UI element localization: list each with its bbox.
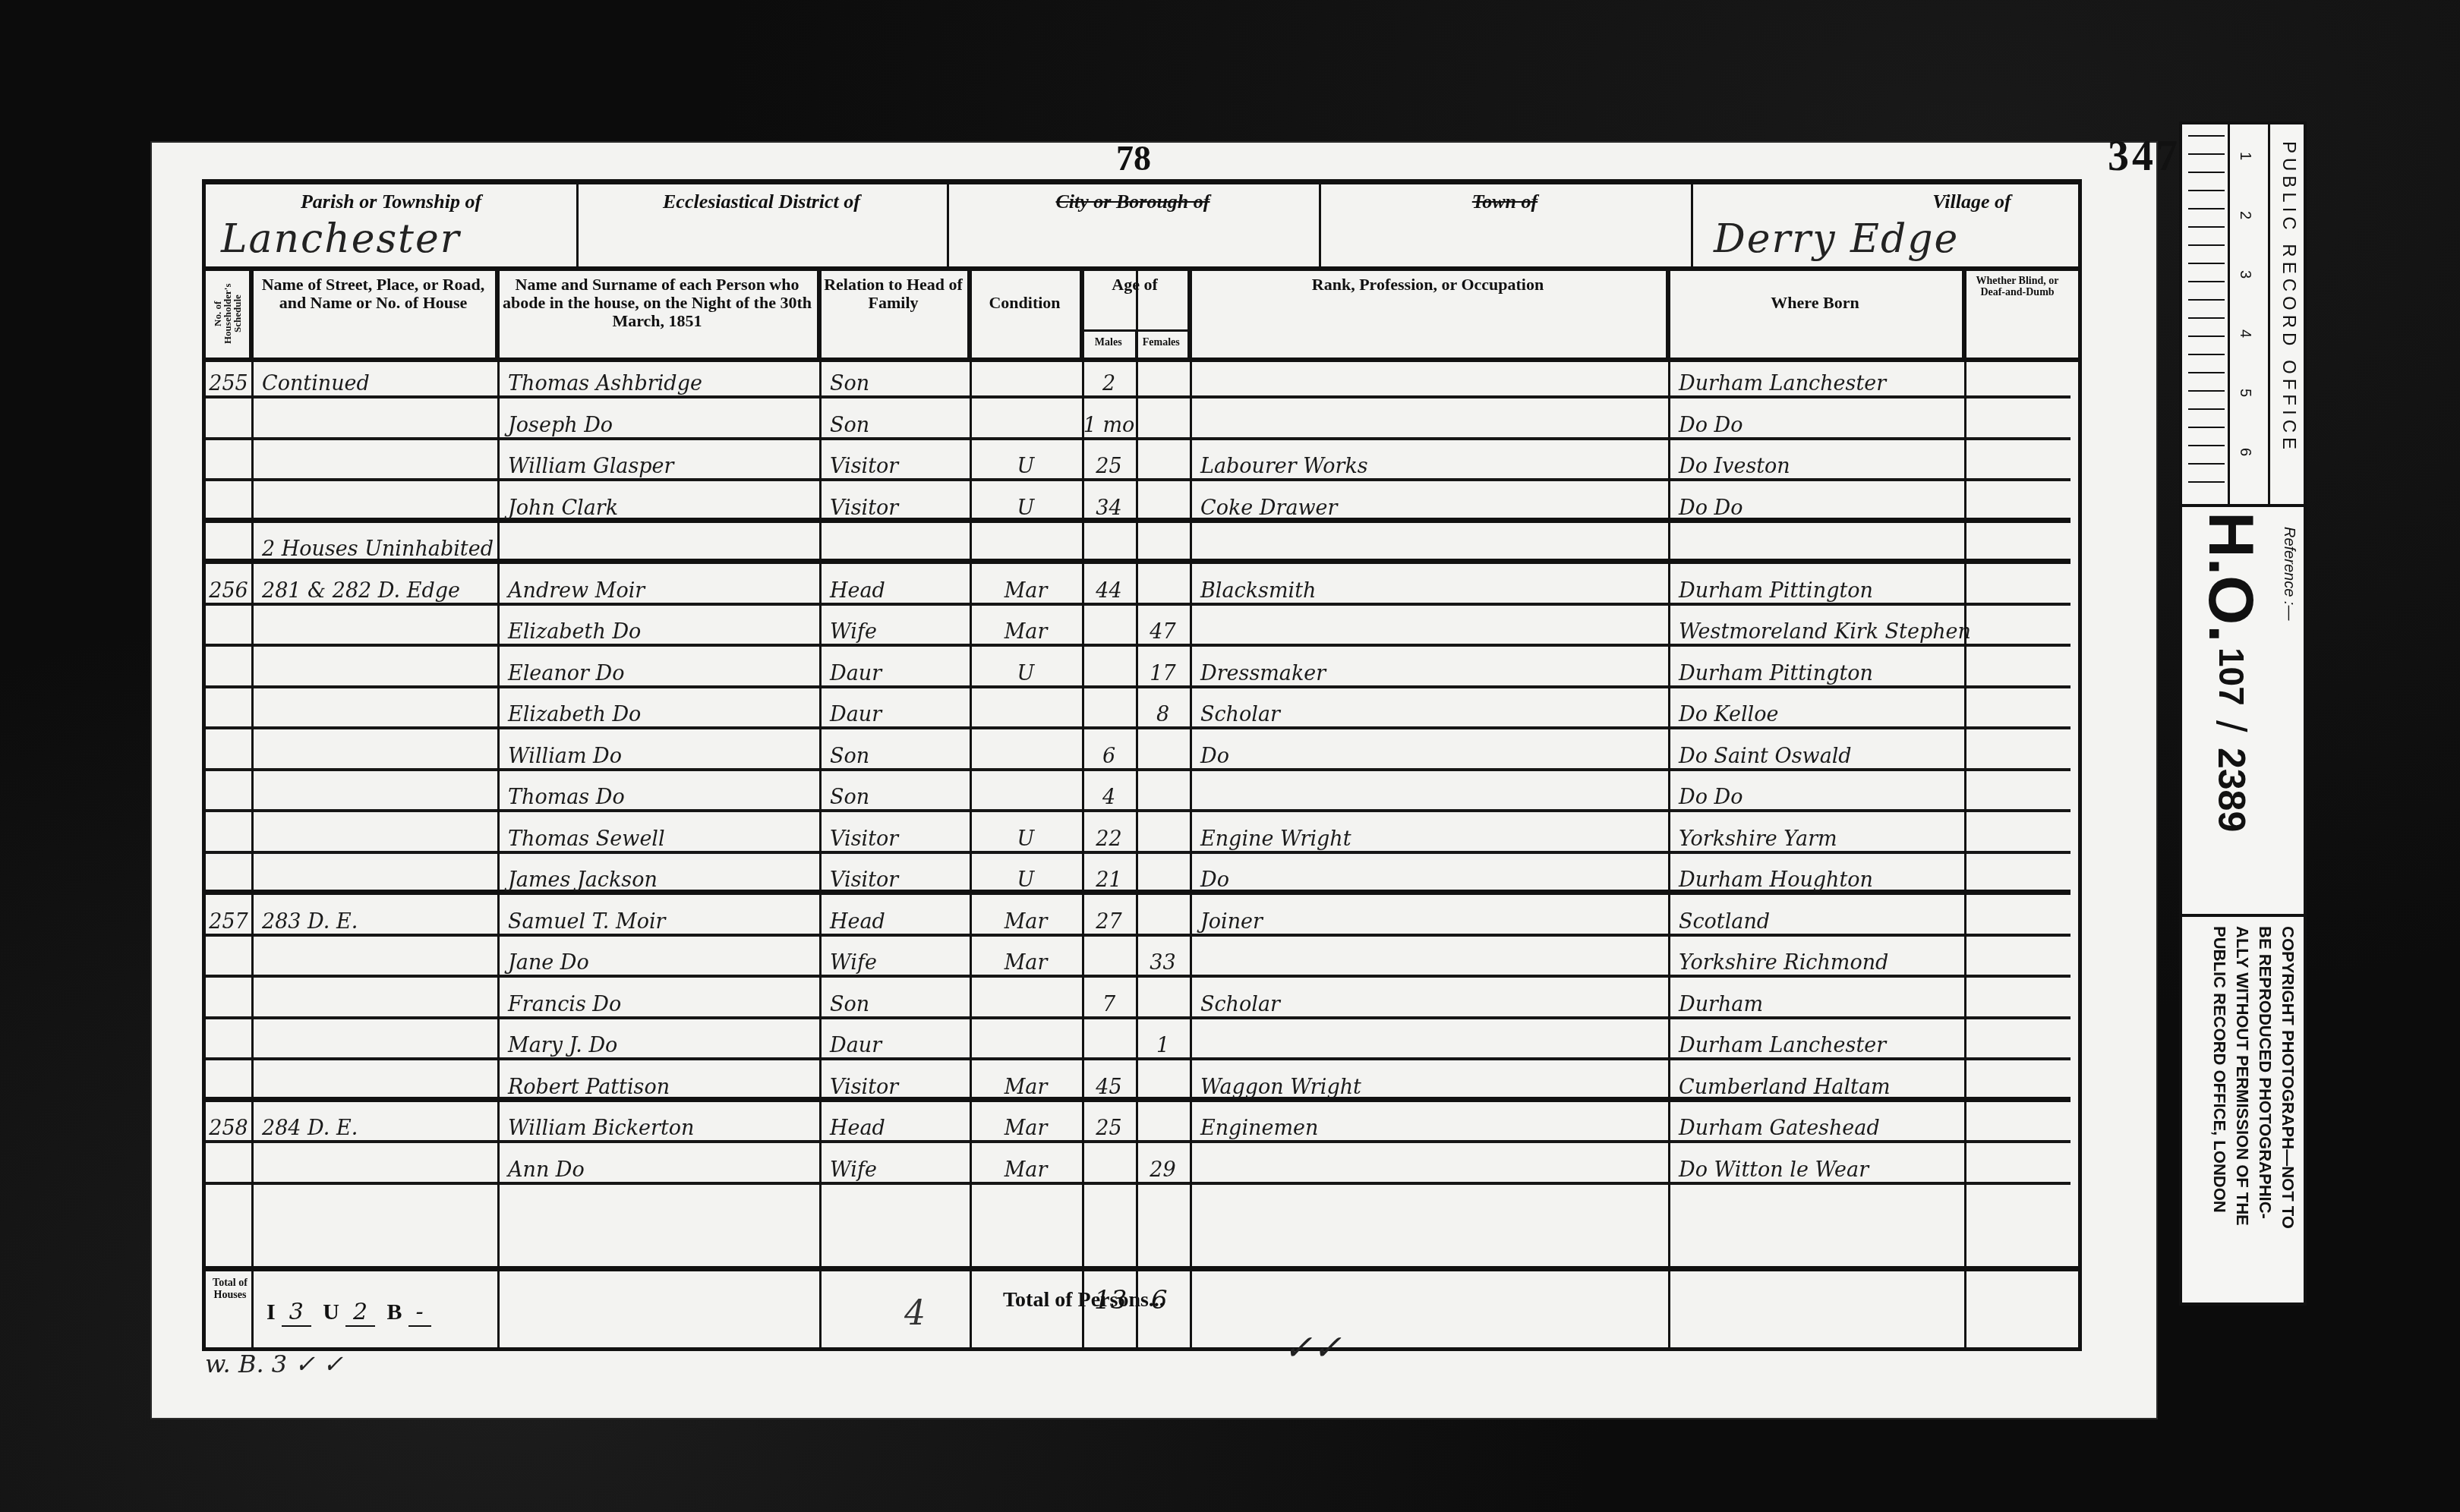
ruler-label: 5 [2236, 389, 2253, 397]
copyright-notice: COPYRIGHT PHOTOGRAPH—NOT TO BE REPRODUCE… [2182, 914, 2304, 1306]
cell-male-age: 34 [1082, 496, 1136, 523]
cell-birthplace: Do Witton le Wear [1668, 1158, 1964, 1185]
cell-female-age [1136, 1116, 1190, 1143]
col-birthplace: Where Born [1668, 271, 1964, 358]
cell-occupation [1190, 537, 1668, 564]
reference-number: H.O.107/2389 [2194, 512, 2268, 832]
cell-condition: Mar [970, 909, 1082, 937]
rule [1668, 271, 1670, 1347]
cell-schedule: 257 [206, 909, 251, 937]
cell-blind [1964, 371, 2070, 398]
cell-female-age [1136, 454, 1190, 481]
cell-blind [1964, 413, 2070, 440]
cell-condition [970, 785, 1082, 812]
cell-female-age [1136, 909, 1190, 937]
cell-blind [1964, 1075, 2070, 1102]
cell-occupation: Do [1190, 868, 1668, 895]
cell-condition: Mar [970, 1075, 1082, 1102]
table-row: Thomas SewellVisitorU22Engine WrightYork… [206, 827, 2078, 854]
col-occupation: Rank, Profession, or Occupation [1190, 271, 1668, 358]
cell-male-age: 22 [1082, 827, 1136, 854]
cell-blind [1964, 619, 2070, 647]
cell-birthplace: Do Iveston [1668, 454, 1964, 481]
cell-blind [1964, 992, 2070, 1019]
schedules-count: 4 [904, 1294, 926, 1333]
cell-relation: Wife [819, 1158, 970, 1185]
table-row: Elizabeth DoDaur8ScholarDo Kelloe [206, 702, 2078, 729]
cell-street: 283 D. E. [251, 909, 497, 937]
cell-street: 284 D. E. [251, 1116, 497, 1143]
cell-occupation: Waggon Wright [1190, 1075, 1668, 1102]
cell-name: William Do [497, 744, 819, 771]
cell-street [251, 868, 497, 895]
cell-condition [970, 371, 1082, 398]
region-label: City or Borough of [947, 191, 1319, 213]
cell-relation: Visitor [819, 1075, 970, 1102]
cell-schedule [206, 1158, 251, 1185]
cell-male-age: 7 [1082, 992, 1136, 1019]
cell-male-age: 4 [1082, 785, 1136, 812]
cell-relation: Visitor [819, 454, 970, 481]
margin-annotation: w. B. 3 ✓ ✓ [205, 1350, 343, 1378]
cell-blind [1964, 1033, 2070, 1060]
cell-birthplace: Durham [1668, 992, 1964, 1019]
cell-name: Eleanor Do [497, 661, 819, 688]
cell-name: Robert Pattison [497, 1075, 819, 1102]
cell-name: Thomas Ashbridge [497, 371, 819, 398]
cell-blind [1964, 827, 2070, 854]
cell-blind [1964, 1116, 2070, 1143]
cell-occupation [1190, 619, 1668, 647]
cell-female-age: 33 [1136, 950, 1190, 978]
cell-blind [1964, 1158, 2070, 1185]
cell-occupation [1190, 785, 1668, 812]
cell-occupation: Enginemen [1190, 1116, 1668, 1143]
cell-name: William Bickerton [497, 1116, 819, 1143]
table-row: John ClarkVisitorU34Coke DrawerDo Do [206, 496, 2078, 523]
census-form: Parish or Township of Lanchester Ecclesi… [202, 179, 2082, 1351]
cell-street [251, 1158, 497, 1185]
cell-blind [1964, 909, 2070, 937]
cell-female-age: 8 [1136, 702, 1190, 729]
cell-schedule [206, 496, 251, 523]
cell-female-age: 29 [1136, 1158, 1190, 1185]
cell-relation: Visitor [819, 827, 970, 854]
cell-condition: U [970, 661, 1082, 688]
cell-street [251, 1033, 497, 1060]
cell-schedule [206, 1033, 251, 1060]
pro-title: PUBLIC RECORD OFFICE [2278, 141, 2299, 454]
cell-male-age [1082, 1158, 1136, 1185]
cell-street: Continued [251, 371, 497, 398]
cell-blind [1964, 537, 2070, 564]
cell-birthplace: Cumberland Haltam [1668, 1075, 1964, 1102]
cell-relation: Son [819, 744, 970, 771]
cell-female-age [1136, 992, 1190, 1019]
cell-occupation: Do [1190, 744, 1668, 771]
cell-male-age [1082, 1033, 1136, 1060]
cell-schedule [206, 785, 251, 812]
cell-condition: U [970, 868, 1082, 895]
cell-male-age [1082, 950, 1136, 978]
cell-occupation: Blacksmith [1190, 578, 1668, 606]
cell-female-age [1136, 744, 1190, 771]
cell-schedule [206, 454, 251, 481]
cell-birthplace: Durham Gateshead [1668, 1116, 1964, 1143]
house-totals: I3 U2 B- [266, 1299, 437, 1325]
table-row: William DoSon6DoDo Saint Oswald [206, 744, 2078, 771]
cell-name: Andrew Moir [497, 578, 819, 606]
cell-name: Ann Do [497, 1158, 819, 1185]
col-relation: Relation to Head of Family [819, 271, 970, 358]
cell-name: Thomas Sewell [497, 827, 819, 854]
table-row: 256281 & 282 D. EdgeAndrew MoirHeadMar44… [206, 578, 2078, 606]
cell-schedule [206, 868, 251, 895]
cell-schedule [206, 661, 251, 688]
public-record-office-label: 123456 PUBLIC RECORD OFFICE Reference :—… [2179, 121, 2307, 1306]
cell-schedule [206, 702, 251, 729]
cell-male-age [1082, 661, 1136, 688]
cell-relation [819, 537, 970, 564]
col-condition: Condition [970, 271, 1082, 358]
age-males-label: Males [1082, 329, 1137, 358]
cell-street [251, 827, 497, 854]
region-city: City or Borough of [947, 184, 1321, 266]
cell-schedule [206, 537, 251, 564]
cell-schedule: 255 [206, 371, 251, 398]
cell-name [497, 537, 819, 564]
cell-relation: Wife [819, 950, 970, 978]
cell-schedule [206, 744, 251, 771]
cell-name: John Clark [497, 496, 819, 523]
cell-blind [1964, 496, 2070, 523]
cell-birthplace: Durham Lanchester [1668, 371, 1964, 398]
cell-occupation [1190, 1158, 1668, 1185]
table-row: Francis DoSon7ScholarDurham [206, 992, 2078, 1019]
col-schedule: No. of Householder's Schedule [206, 271, 251, 358]
table-row: Thomas DoSon4Do Do [206, 785, 2078, 812]
reference-label: Reference :— [2280, 527, 2298, 620]
col-street: Name of Street, Place, or Road, and Name… [251, 271, 497, 358]
cell-male-age: 21 [1082, 868, 1136, 895]
cell-schedule [206, 827, 251, 854]
cell-male-age: 1 mo [1082, 413, 1136, 440]
cell-condition: U [970, 454, 1082, 481]
rule [1082, 271, 1084, 1347]
cell-relation: Daur [819, 1033, 970, 1060]
cell-blind [1964, 868, 2070, 895]
cell-male-age: 25 [1082, 454, 1136, 481]
cell-condition [970, 744, 1082, 771]
cell-occupation: Scholar [1190, 702, 1668, 729]
cell-name: Thomas Do [497, 785, 819, 812]
cell-name: Joseph Do [497, 413, 819, 440]
inhabited-count: 3 [282, 1299, 311, 1327]
cell-street [251, 619, 497, 647]
region-label: Parish or Township of [206, 191, 576, 213]
table-row: 2 Houses Uninhabited [206, 537, 2078, 564]
ruler-label: 1 [2236, 152, 2253, 160]
cell-birthplace [1668, 537, 1964, 564]
cell-male-age: 25 [1082, 1116, 1136, 1143]
cell-street [251, 950, 497, 978]
cell-male-age: 2 [1082, 371, 1136, 398]
cell-female-age [1136, 371, 1190, 398]
cell-name: Mary J. Do [497, 1033, 819, 1060]
table-row: Eleanor DoDaurU17DressmakerDurham Pittin… [206, 661, 2078, 688]
table-row: Mary J. DoDaur1Durham Lanchester [206, 1033, 2078, 1060]
cell-birthplace: Yorkshire Yarm [1668, 827, 1964, 854]
census-page: 78 347 Parish or Township of Lanchester … [152, 143, 2156, 1418]
rule [819, 271, 822, 1347]
cell-schedule [206, 413, 251, 440]
folio-number-right: 347 [2108, 132, 2181, 181]
cell-name: James Jackson [497, 868, 819, 895]
region-town: Town of [1319, 184, 1693, 266]
cell-blind [1964, 661, 2070, 688]
cell-name: Elizabeth Do [497, 619, 819, 647]
cell-relation: Son [819, 785, 970, 812]
cell-female-age [1136, 827, 1190, 854]
table-row: Jane DoWifeMar33Yorkshire Richmond [206, 950, 2078, 978]
ruler-label: 3 [2236, 270, 2253, 279]
col-blind-deaf: Whether Blind, or Deaf-and-Dumb [1964, 271, 2070, 358]
cell-birthplace: Durham Pittington [1668, 578, 1964, 606]
rule [251, 271, 254, 1347]
cell-relation: Son [819, 371, 970, 398]
region-value: Lanchester [221, 216, 461, 262]
cell-relation: Daur [819, 702, 970, 729]
cell-birthplace: Do Do [1668, 785, 1964, 812]
cell-blind [1964, 744, 2070, 771]
cell-relation: Wife [819, 619, 970, 647]
cell-birthplace: Durham Houghton [1668, 868, 1964, 895]
cell-occupation [1190, 1033, 1668, 1060]
cell-blind [1964, 785, 2070, 812]
cell-condition [970, 413, 1082, 440]
cell-street [251, 1075, 497, 1102]
cell-female-age [1136, 496, 1190, 523]
cell-schedule [206, 619, 251, 647]
cell-condition: Mar [970, 578, 1082, 606]
table-row: Joseph DoSon1 moDo Do [206, 413, 2078, 440]
cm-scale: 123456 [2228, 124, 2270, 504]
ruler-label: 4 [2236, 329, 2253, 338]
region-village: Village of Derry Edge [1691, 184, 2070, 266]
cell-name: William Glasper [497, 454, 819, 481]
tick-marks: ✓✓ [1283, 1327, 1342, 1368]
cell-schedule: 258 [206, 1116, 251, 1143]
cell-male-age: 6 [1082, 744, 1136, 771]
cell-condition: Mar [970, 1116, 1082, 1143]
cell-condition [970, 702, 1082, 729]
cell-blind [1964, 950, 2070, 978]
cell-street: 281 & 282 D. Edge [251, 578, 497, 606]
cell-occupation [1190, 371, 1668, 398]
cell-blind [1964, 702, 2070, 729]
cell-female-age: 17 [1136, 661, 1190, 688]
rule [970, 271, 972, 1347]
total-females: 6 [1151, 1285, 1168, 1315]
cell-birthplace: Do Kelloe [1668, 702, 1964, 729]
cell-condition [970, 992, 1082, 1019]
cell-relation: Visitor [819, 496, 970, 523]
cell-condition: U [970, 827, 1082, 854]
cell-street [251, 413, 497, 440]
ruler-ticks [2188, 135, 2225, 492]
cell-schedule [206, 1075, 251, 1102]
rule [1190, 271, 1192, 1347]
cell-relation: Son [819, 413, 970, 440]
cell-female-age [1136, 868, 1190, 895]
cell-street [251, 454, 497, 481]
cell-blind [1964, 454, 2070, 481]
cell-birthplace: Do Do [1668, 496, 1964, 523]
cell-male-age [1082, 702, 1136, 729]
region-ecclesiastical: Ecclesiastical District of [576, 184, 949, 266]
cell-occupation: Coke Drawer [1190, 496, 1668, 523]
rule [497, 271, 500, 1347]
cell-female-age [1136, 578, 1190, 606]
cell-female-age: 1 [1136, 1033, 1190, 1060]
cell-male-age [1082, 619, 1136, 647]
cell-birthplace: Westmoreland Kirk Stephen [1668, 619, 1964, 647]
uninhabited-count: 2 [345, 1299, 375, 1327]
table-row: Robert PattisonVisitorMar45Waggon Wright… [206, 1075, 2078, 1102]
total-males: 13 [1094, 1285, 1127, 1315]
region-value: Derry Edge [1714, 216, 1959, 262]
cell-male-age [1082, 537, 1136, 564]
cell-street [251, 702, 497, 729]
cell-male-age: 44 [1082, 578, 1136, 606]
cell-relation: Visitor [819, 868, 970, 895]
cell-relation: Head [819, 578, 970, 606]
region-label: Town of [1319, 191, 1691, 213]
cell-birthplace: Scotland [1668, 909, 1964, 937]
cell-condition: Mar [970, 950, 1082, 978]
cell-condition [970, 1033, 1082, 1060]
cell-relation: Head [819, 1116, 970, 1143]
cell-name: Francis Do [497, 992, 819, 1019]
cell-occupation: Dressmaker [1190, 661, 1668, 688]
cell-street [251, 992, 497, 1019]
table-row: 258284 D. E.William BickertonHeadMar25En… [206, 1116, 2078, 1143]
cell-occupation: Scholar [1190, 992, 1668, 1019]
cell-occupation: Labourer Works [1190, 454, 1668, 481]
cell-schedule: 256 [206, 578, 251, 606]
cell-street [251, 661, 497, 688]
cell-schedule [206, 992, 251, 1019]
rule [1964, 271, 1966, 1347]
column-header-row: No. of Householder's Schedule Name of St… [206, 271, 2078, 362]
table-row: 257283 D. E.Samuel T. MoirHeadMar27Joine… [206, 909, 2078, 937]
cell-birthplace: Durham Lanchester [1668, 1033, 1964, 1060]
cell-name: Jane Do [497, 950, 819, 978]
cell-schedule [206, 950, 251, 978]
table-row: Ann DoWifeMar29Do Witton le Wear [206, 1158, 2078, 1185]
cell-name: Samuel T. Moir [497, 909, 819, 937]
cell-blind [1964, 578, 2070, 606]
cell-name: Elizabeth Do [497, 702, 819, 729]
total-houses-label: Total of Houses [210, 1277, 250, 1302]
cell-occupation: Engine Wright [1190, 827, 1668, 854]
cell-street [251, 744, 497, 771]
table-row: Elizabeth DoWifeMar47Westmoreland Kirk S… [206, 619, 2078, 647]
table-row: James JacksonVisitorU21DoDurham Houghton [206, 868, 2078, 895]
folio-number-left: 78 [1116, 138, 1151, 178]
cell-female-age [1136, 785, 1190, 812]
col-name: Name and Surname of each Person who abod… [497, 271, 819, 358]
cell-female-age [1136, 1075, 1190, 1102]
cell-street [251, 785, 497, 812]
cell-condition: Mar [970, 619, 1082, 647]
cell-street: 2 Houses Uninhabited [251, 537, 497, 564]
cell-male-age: 45 [1082, 1075, 1136, 1102]
cell-condition: Mar [970, 1158, 1082, 1185]
cell-occupation [1190, 950, 1668, 978]
region-label: Ecclesiastical District of [576, 191, 947, 213]
cell-birthplace: Do Saint Oswald [1668, 744, 1964, 771]
region-parish: Parish or Township of Lanchester [206, 184, 579, 266]
ruler-label: 6 [2236, 448, 2253, 456]
cell-female-age: 47 [1136, 619, 1190, 647]
cell-birthplace: Durham Pittington [1668, 661, 1964, 688]
cell-male-age: 27 [1082, 909, 1136, 937]
cell-female-age [1136, 537, 1190, 564]
ruler-label: 2 [2236, 211, 2253, 219]
cell-relation: Son [819, 992, 970, 1019]
cell-birthplace: Do Do [1668, 413, 1964, 440]
total-persons-label: Total of Persons... [1003, 1288, 1165, 1312]
region-label: Village of [1691, 191, 2162, 213]
cell-female-age [1136, 413, 1190, 440]
cell-birthplace: Yorkshire Richmond [1668, 950, 1964, 978]
cell-relation: Head [819, 909, 970, 937]
cell-occupation: Joiner [1190, 909, 1668, 937]
rule [1136, 271, 1138, 1347]
cell-condition [970, 537, 1082, 564]
building-count: - [408, 1299, 431, 1327]
age-females-label: Females [1135, 329, 1188, 358]
region-header: Parish or Township of Lanchester Ecclesi… [206, 184, 2078, 271]
cell-relation: Daur [819, 661, 970, 688]
cell-occupation [1190, 413, 1668, 440]
cell-condition: U [970, 496, 1082, 523]
totals-row: Total of Houses I3 U2 B- 4 Total of Pers… [206, 1266, 2078, 1347]
table-row: William GlasperVisitorU25Labourer WorksD… [206, 454, 2078, 481]
cell-street [251, 496, 497, 523]
table-row: 255ContinuedThomas AshbridgeSon2Durham L… [206, 371, 2078, 398]
age-label: Age of [1112, 275, 1157, 294]
